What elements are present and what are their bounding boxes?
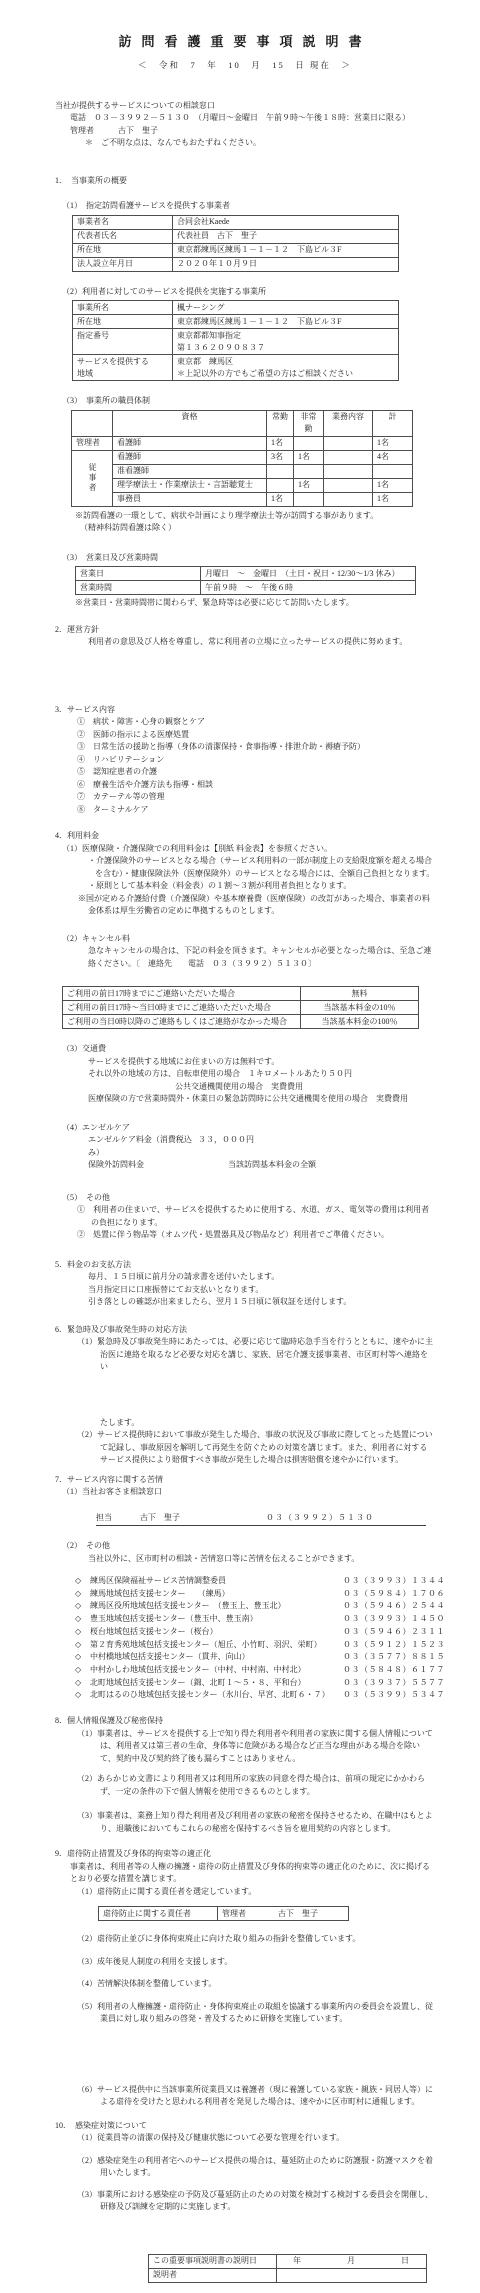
privacy-paragraph: （3）事業者は、業務上知り得た利用者及び利用者の家族の秘密を保持させるため、在職…: [100, 1810, 435, 1835]
privacy-paragraph: （1）事業者は、サービスを提供する上で知り得た利用者や利用者の家族に関する個人情…: [100, 1728, 435, 1766]
section-7-heading: 7．サービス内容に関する苦情: [55, 1474, 435, 1487]
row-label: 代表者氏名: [73, 229, 173, 243]
staff-total: 1名: [373, 492, 413, 506]
office-name: 豊玉地域包括支援センター（豊玉中、豊玉南）: [90, 1613, 258, 1626]
table-row: 虐待防止に関する責任者 管理者 古下 聖子: [99, 1907, 349, 1921]
row-label: 説明者: [149, 2268, 277, 2282]
office-tel: ０３（５８４８）６１７７: [343, 1664, 445, 1677]
table-row: 営業日 月曜日 ～ 金曜日 （土日・祝日・12/30～1/3 休み）: [76, 567, 416, 581]
diamond-icon: ◇: [75, 1651, 90, 1664]
complaint-office-list: ◇ 練馬区保険福祉サービス苦情調整委員 ０３（３９９３）１３４４ ◇ 練馬地域包…: [55, 1575, 435, 1702]
row-label: 所在地: [73, 243, 173, 257]
contact-name: 古下 聖子: [140, 1512, 180, 1525]
complaint-office-row: ◇ 豊玉地域包括支援センター（豊玉中、豊玉南） ０３（３９９３）１４５０: [75, 1613, 445, 1626]
office-tel: ０３（５３９９）５３４７: [343, 1689, 445, 1702]
row-label: エンゼルケア料金（消費税込み）: [88, 1134, 198, 1159]
section-1-2-heading: （2）利用者に対してのサービスを提供を実施する事業所: [62, 286, 435, 299]
section-7-2-body: 当社以外に、区市町村の相談・苦情窓口等に苦情を伝えることができます。: [88, 1553, 435, 1566]
col-header: 計: [373, 410, 413, 436]
cancel-fee: 当該基本料金の10％: [301, 1001, 419, 1015]
staff-table: 資格 常勤 非常勤 業務内容 計 管理者 看護師 1名 1名 従事者 看護師 3…: [71, 410, 413, 507]
staff-part: [294, 436, 324, 450]
section-4-5-heading: （5） その他: [62, 1192, 435, 1205]
abuse-paragraph: （5）利用者の人権擁護・虐待防止・身体拘束廃止の取組を協議する事業所内の委員会を…: [100, 2001, 435, 2026]
row-label: 虐待防止に関する責任者: [99, 1907, 218, 1921]
section-1-1-heading: （1） 指定訪問看護サービスを提供する事業者: [62, 200, 435, 213]
staff-duty: [324, 464, 373, 478]
col-header: 非常勤: [294, 410, 324, 436]
row-label: 所在地: [73, 315, 173, 329]
abuse-officer-table: 虐待防止に関する責任者 管理者 古下 聖子: [98, 1906, 349, 1921]
section-2-heading: 2．運営方針: [55, 624, 435, 637]
staff-part: [294, 492, 324, 506]
staff-row: 従事者 看護師 3名 1名 4名: [72, 450, 413, 464]
privacy-paragraph: （2）あらかじめ文書により利用者又は利用所の家族の同意を得た場合は、前項の規定に…: [100, 1773, 435, 1798]
col-header: 常勤: [267, 410, 294, 436]
office-tel: ０３（３５７７）８８１５: [343, 1651, 445, 1664]
section-4-1-heading: （1）医療保険・介護保険での利用料金は【別紙 料金表】を参照ください。: [62, 843, 435, 856]
service-item: ⑦ カテーテル等の管理: [77, 791, 435, 804]
office-table: 事業所名 楓ナーシング 所在地 東京都練馬区練馬１－１－１２ 下島ビル３F 指定…: [72, 300, 399, 381]
transport-line: 医療保険の方で営業時間外・休業日の緊急訪問時に公共交通機関を使用の場合 実費費用: [88, 1093, 435, 1106]
diamond-icon: ◇: [75, 1575, 90, 1588]
service-item: ① 病状・障害・心身の観察とケア: [77, 716, 435, 729]
fee-bullet: ・原則として基本料金（料金表）の１割～３割が利用者負担となります。: [95, 880, 435, 893]
row-value: 管理者 古下 聖子: [218, 1907, 349, 1921]
staff-duty: [324, 436, 373, 450]
cancel-table: ご利用の前日17時までにご連絡いただいた場合 無料 ご利用の前日17時～当日0時…: [62, 986, 419, 1029]
row-label: 事業者名: [73, 215, 173, 229]
staff-duty: [324, 492, 373, 506]
office-name: 練馬地域包括支援センター （練馬）: [90, 1588, 230, 1601]
other-item: ① 利用者の住まいで、サービスを提供するために使用する、水道、ガス、電気等の費用…: [91, 1204, 435, 1229]
office-name: 第２育秀苑地域包括支援センター（旭丘、小竹町、羽沢、栄町）: [90, 1639, 322, 1652]
diamond-icon: ◇: [75, 1639, 90, 1652]
row-label: 営業時間: [76, 581, 201, 595]
cancel-condition: ご利用の当日0時以降のご連絡もしくはご連絡がなかった場合: [63, 1015, 301, 1029]
cancel-fee: 無料: [301, 987, 419, 1001]
table-row: 営業時間 午前９時 ～ 午後６時: [76, 581, 416, 595]
row-label: 保険外訪問料金: [88, 1159, 198, 1172]
staff-part: 1名: [294, 450, 324, 464]
service-item: ⑥ 療養生活や介護方法も指導・相談: [77, 779, 435, 792]
service-item: ② 医師の指示による医療処置: [77, 729, 435, 742]
abuse-paragraph: （4）苦情解決体制を整備しています。: [100, 1978, 435, 1991]
cancel-fee: 当該基本料金の100％: [301, 1015, 419, 1029]
payment-line: 当月指定日に口座振替にてお支払いとなります。: [88, 1284, 435, 1297]
row-value: 合同会社Kaede: [173, 215, 399, 229]
section-10-heading: 10． 感染症対策について: [55, 2120, 435, 2133]
section-5-heading: 5．料金のお支払方法: [55, 1259, 435, 1272]
angel-care-row: 保険外訪問料金 当該訪問基本料金の全額: [88, 1159, 435, 1172]
table-row: 法人設立年月日 ２０２０年１０月９日: [73, 257, 399, 271]
infection-paragraph: （3）事業所における感染症の予防及び蔓延防止のための対策を検討する検討する委員会…: [100, 2189, 435, 2214]
staff-part: [294, 464, 324, 478]
staff-note: ※訪問看護の一環として、病状や計画により理学療法士等が訪問する事があります。: [75, 510, 435, 523]
contact-block: 当社が提供するサービスについての相談窓口 電話 ０３－３９９２－５１３０ （月曜…: [55, 100, 435, 150]
staff-role: 従事者: [72, 450, 113, 506]
row-label: 法人設立年月日: [73, 257, 173, 271]
service-item: ④ リハビリテーション: [77, 754, 435, 767]
staff-part: 1名: [294, 478, 324, 492]
staff-total: 1名: [373, 436, 413, 450]
staff-note: （精神科訪問看護は除く）: [80, 522, 435, 535]
office-tel: ０３（３９３７）５５７７: [343, 1677, 445, 1690]
table-row: サービスを提供する 地域 東京都 練馬区 ＊上記以外の方でもご希望の方はご相談く…: [73, 355, 399, 381]
office-name: 練馬区保険福祉サービス苦情調整委員: [90, 1575, 226, 1588]
abuse-paragraph: （6）サービス提供中に当該事業所従業員又は養護者（現に養護している家族・親族・同…: [100, 2084, 435, 2109]
staff-row: 理学療法士・作業療法士・言語聴覚士 1名 1名: [72, 478, 413, 492]
table-row: 代表者氏名 代表社員 古下 聖子: [73, 229, 399, 243]
staff-qual: 事務員: [113, 492, 267, 506]
row-label: 営業日: [76, 567, 201, 581]
col-header: 業務内容: [324, 410, 373, 436]
table-row: ご利用の前日17時～当日0時までにご連絡いただいた場合 当該基本料金の10％: [63, 1001, 419, 1015]
service-item: ③ 日常生活の援助と指導（身体の清潔保持・食事指導・排泄介助・褥瘡予防）: [77, 741, 435, 754]
section-1-3-hours-heading: （3） 営業日及び営業時間: [62, 552, 435, 565]
section-1-heading: 1． 当事業所の概要: [55, 175, 435, 188]
complaint-office-row: ◇ 練馬区役所地域包括支援センター （豊玉上、豊玉北） ０３（５９４６）２５４４: [75, 1600, 445, 1613]
row-value: 東京都練馬区練馬１－１－１２ 下島ビル３F: [173, 243, 399, 257]
staff-total: 1名: [373, 478, 413, 492]
office-name: 中村橋地域包括支援センター（貫井、向山）: [90, 1651, 250, 1664]
abuse-intro: 事業者は、利用者等の人権の擁護・虐待の防止措置及び身体的拘束等の適正化のために、…: [70, 1861, 435, 1886]
section-2-body: 利用者の意思及び人格を尊重し、常に利用者の立場に立ったサービスの提供に努めます。: [88, 636, 435, 649]
section-9-heading: 9．虐待防止措置及び身体的拘束等の適正化: [55, 1848, 435, 1861]
complaint-office-row: ◇ 練馬区保険福祉サービス苦情調整委員 ０３（３９９３）１３４４: [75, 1575, 445, 1588]
staff-qual: 准看護師: [113, 464, 267, 478]
payment-line: 引き落としの確認が出来ましたら、翌月１５日頃に領収証を送付します。: [88, 1296, 435, 1309]
complaint-office-row: ◇ 桜台地域包括支援センター（桜台） ０３（５９４６）２３１１: [75, 1626, 445, 1639]
contact-tel: ０３（３９９２）５１３０: [266, 1512, 374, 1525]
complaint-office-row: ◇ 練馬地域包括支援センター （練馬） ０３（５９８４）１７０６: [75, 1588, 445, 1601]
complaint-contact-row: 担当 古下 聖子 ０３（３９９２）５１３０: [96, 1512, 426, 1527]
staff-row: 事務員 1名 1名: [72, 492, 413, 506]
other-item: ② 処置に伴う物品等（オムツ代・処置器具及び物品など）利用者でご準備ください。: [91, 1229, 435, 1242]
section-4-4-heading: （4）エンゼルケア: [62, 1122, 435, 1135]
staff-full: 3名: [267, 450, 294, 464]
row-value: 東京都練馬区練馬１－１－１２ 下島ビル３F: [173, 315, 399, 329]
office-name: 北町はるのひ地域包括支援センター（氷川台、早宮、北町６・７）: [90, 1689, 330, 1702]
complaint-office-row: ◇ 北町はるのひ地域包括支援センター（氷川台、早宮、北町６・７） ０３（５３９９…: [75, 1689, 445, 1702]
angel-care-row: エンゼルケア料金（消費税込み） ３３，０００円: [88, 1134, 435, 1159]
staff-total: 4名: [373, 450, 413, 464]
hours-table: 営業日 月曜日 ～ 金曜日 （土日・祝日・12/30～1/3 休み） 営業時間 …: [75, 566, 416, 595]
staff-total: [373, 464, 413, 478]
section-4-heading: 4．利用料金: [55, 830, 435, 843]
abuse-paragraph: （2）虐待防止並びに身体拘束廃止に向けた取り組みの指針を整備しています。: [100, 1933, 435, 1946]
emergency-paragraph: （1）緊急時及び事故発生時にあたっては、必要に応じて臨時応急手当を行うとともに、…: [100, 1336, 435, 1374]
row-value: 東京都都知事指定 第１３６２０９０８３７: [173, 329, 399, 355]
section-8-heading: 8．個人情報保護及び秘密保持: [55, 1715, 435, 1728]
cancel-body: 急なキャンセルの場合は、下記の料金を頂きます。キャンセルが必要となった場合は、至…: [88, 945, 435, 970]
staff-row: 准看護師: [72, 464, 413, 478]
row-value: 東京都 練馬区 ＊上記以外の方でもご希望の方はご相談ください: [173, 355, 399, 381]
date-line: ＜ 令和 7 年 10 月 15 日 現在 ＞: [55, 59, 435, 72]
staff-full: [267, 464, 294, 478]
table-row: 所在地 東京都練馬区練馬１－１－１２ 下島ビル３F: [73, 315, 399, 329]
payment-line: 毎月、１５日頃に前月分の請求書を送付いたします。: [88, 1271, 435, 1284]
complaint-office-row: ◇ 北町地域包括支援センター（錦、北町１～５・８、平和台） ０３（３９３７）５５…: [75, 1677, 445, 1690]
table-row: この重要事項説明書の説明日 年 月 日: [149, 2254, 427, 2268]
table-row: ご利用の前日17時までにご連絡いただいた場合 無料: [63, 987, 419, 1001]
staff-duty: [324, 478, 373, 492]
infection-paragraph: （2）感染症発生の利用者宅へのサービス提供の場合は、蔓延防止のために防護服・防護…: [100, 2155, 435, 2180]
office-name: 桜台地域包括支援センター（桜台）: [90, 1626, 218, 1639]
section-4-2-heading: （2）キャンセル料: [62, 933, 435, 946]
office-tel: ０３（５９１２）１５２３: [343, 1639, 445, 1652]
contact-note: ＊ ご不明な点は、なんでもおたずねください。: [85, 137, 435, 150]
row-value: 代表社員 古下 聖子: [173, 229, 399, 243]
office-tel: ０３（３９９３）１３４４: [343, 1575, 445, 1588]
section-1-3-staff-heading: （3） 事業所の職員体制: [62, 395, 435, 408]
row-value: 月曜日 ～ 金曜日 （土日・祝日・12/30～1/3 休み）: [201, 567, 416, 581]
table-row: 事業者名 合同会社Kaede: [73, 215, 399, 229]
row-label: サービスを提供する 地域: [73, 355, 173, 381]
diamond-icon: ◇: [75, 1689, 90, 1702]
office-name: 北町地域包括支援センター（錦、北町１～５・８、平和台）: [90, 1677, 306, 1690]
office-tel: ０３（５９４６）２３１１: [343, 1626, 445, 1639]
office-name: 中村かしわ地域包括支援センター（中村、中村南、中村北）: [90, 1664, 306, 1677]
emergency-paragraph-cont: たします。: [100, 1417, 435, 1430]
row-label: この重要事項説明書の説明日: [149, 2254, 277, 2268]
contact-role-label: 担当: [96, 1512, 112, 1525]
row-label: 指定番号: [73, 329, 173, 355]
row-value: ３３，０００円: [198, 1134, 254, 1159]
cancel-condition: ご利用の前日17時～当日0時までにご連絡いただいた場合: [63, 1001, 301, 1015]
section-3-heading: 3．サービス内容: [55, 704, 435, 717]
diamond-icon: ◇: [75, 1626, 90, 1639]
staff-header-row: 資格 常勤 非常勤 業務内容 計: [72, 410, 413, 436]
table-row: 所在地 東京都練馬区練馬１－１－１２ 下島ビル３F: [73, 243, 399, 257]
row-value: 午前９時 ～ 午後６時: [201, 581, 416, 595]
staff-qual: 理学療法士・作業療法士・言語聴覚士: [113, 478, 267, 492]
document-page: 訪問看護重要事項説明書 ＜ 令和 7 年 10 月 15 日 現在 ＞ 当社が提…: [0, 0, 480, 2293]
section-6-heading: 6．緊急時及び事故発生時の対応方法: [55, 1324, 435, 1337]
complaint-office-row: ◇ 中村かしわ地域包括支援センター（中村、中村南、中村北） ０３（５８４８）６１…: [75, 1664, 445, 1677]
complaint-office-row: ◇ 第２育秀苑地域包括支援センター（旭丘、小竹町、羽沢、栄町） ０３（５９１２）…: [75, 1639, 445, 1652]
diamond-icon: ◇: [75, 1664, 90, 1677]
col-header: [72, 410, 113, 436]
transport-line: それ以外の地域の方は、自転車使用の場合 １キロメートルあたり５０円: [88, 1068, 435, 1081]
footer-table: この重要事項説明書の説明日 年 月 日 説明者: [148, 2254, 427, 2283]
transport-line: 公共交通機関使用の場合 実費費用: [175, 1081, 435, 1094]
contact-heading: 当社が提供するサービスについての相談窓口: [55, 100, 435, 113]
complaint-office-row: ◇ 中村橋地域包括支援センター（貫井、向山） ０３（３５７７）８８１５: [75, 1651, 445, 1664]
service-item: ⑧ ターミナルケア: [77, 804, 435, 817]
fee-bullet: ・介護保険外のサービスとなる場合（サービス利用料の一部が制度上の支給限度額を超え…: [95, 855, 435, 880]
staff-row: 管理者 看護師 1名 1名: [72, 436, 413, 450]
staff-full: 1名: [267, 492, 294, 506]
hours-note: ※営業日・営業時間帯に関わらず、緊急時等は必要に応じて訪問いたします。: [75, 597, 435, 610]
table-row: ご利用の当日0時以降のご連絡もしくはご連絡がなかった場合 当該基本料金の100％: [63, 1015, 419, 1029]
office-tel: ０３（５９８４）１７０６: [343, 1588, 445, 1601]
accident-paragraph: （2）サービス提供時において事故が発生した場合、事故の状況及び事故に際してとった…: [100, 1429, 435, 1467]
infection-paragraph: （1）従業員等の清潔の保持及び健康状態について必要な管理を行います。: [100, 2132, 435, 2145]
row-value: ２０２０年１０月９日: [173, 257, 399, 271]
row-label: 事業所名: [73, 301, 173, 315]
staff-full: [267, 478, 294, 492]
staff-qual: 看護師: [113, 436, 267, 450]
fee-note: ※国が定める介護給付費（介護保険）や基本療養費（医療保険）の改訂があった場合、事…: [88, 893, 435, 918]
contact-manager-line: 管理者 古下 聖子: [70, 125, 435, 138]
abuse-paragraph: （1）虐待防止に関する責任者を選定しています。: [100, 1886, 435, 1899]
staff-role: 管理者: [72, 436, 113, 450]
abuse-paragraph: （3）成年後見人制度の利用を支援します。: [100, 1956, 435, 1969]
row-value: 当該訪問基本料金の全額: [228, 1159, 316, 1172]
table-row: 説明者: [149, 2268, 427, 2282]
office-tel: ０３（５９４６）２５４４: [343, 1600, 445, 1613]
cancel-condition: ご利用の前日17時までにご連絡いただいた場合: [63, 987, 301, 1001]
section-7-1-heading: （1）当社お客さま相談窓口: [62, 1486, 435, 1499]
staff-duty: [324, 450, 373, 464]
office-tel: ０３（３９９３）１４５０: [343, 1613, 445, 1626]
transport-line: サービスを提供する地域にお住まいの方は無料です。: [88, 1056, 435, 1069]
table-row: 指定番号 東京都都知事指定 第１３６２０９０８３７: [73, 329, 399, 355]
diamond-icon: ◇: [75, 1588, 90, 1601]
doc-title: 訪問看護重要事項説明書: [55, 34, 435, 50]
section-4-3-heading: （3）交通費: [62, 1043, 435, 1056]
table-row: 事業所名 楓ナーシング: [73, 301, 399, 315]
section-7-2-heading: （2） その他: [62, 1540, 435, 1553]
diamond-icon: ◇: [75, 1600, 90, 1613]
office-name: 練馬区役所地域包括支援センター （豊玉上、豊玉北）: [90, 1600, 286, 1613]
row-value: 楓ナーシング: [173, 301, 399, 315]
explanation-date-value: 年 月 日: [277, 2254, 427, 2268]
service-item: ⑤ 認知症患者の介護: [77, 766, 435, 779]
contact-tel-line: 電話 ０３－３９９２－５１３０ （月曜日～金曜日 午前９時～午後１８時：営業日に…: [70, 112, 435, 125]
col-header: 資格: [113, 410, 267, 436]
provider-table: 事業者名 合同会社Kaede 代表者氏名 代表社員 古下 聖子 所在地 東京都練…: [72, 215, 399, 272]
diamond-icon: ◇: [75, 1677, 90, 1690]
diamond-icon: ◇: [75, 1613, 90, 1626]
staff-qual: 看護師: [113, 450, 267, 464]
staff-full: 1名: [267, 436, 294, 450]
explainer-value: [277, 2268, 427, 2282]
